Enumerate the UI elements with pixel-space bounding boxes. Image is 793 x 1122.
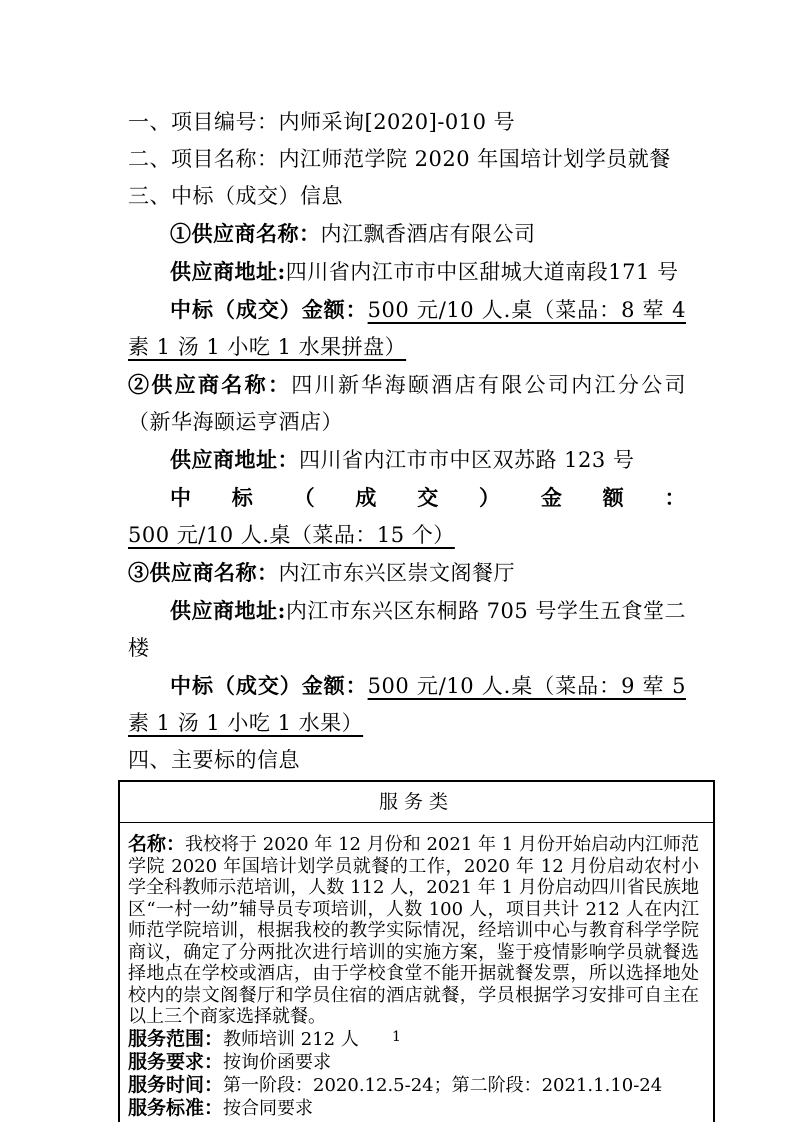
supplier1-name-value: 内江飘香酒店有限公司	[321, 222, 536, 246]
page-number: 1	[0, 1029, 793, 1045]
supplier3-amount-label: 中标（成交）金额：	[170, 673, 368, 698]
supplier2-address-value: 四川省内江市市中区双苏路 123 号	[299, 448, 634, 472]
supplier2-name-label: ②供应商名称：	[128, 372, 291, 397]
supplier3-name-label: ③供应商名称：	[128, 560, 279, 585]
supplier2-name-line: ②供应商名称：四川新华海颐酒店有限公司内江分公司（新华海颐运亨酒店）	[128, 366, 686, 441]
service-time-value: 第一阶段：2020.12.5-24；第二阶段：2021.1.10-24	[223, 1075, 662, 1096]
project-name-value: 内江师范学院 2020 年国培计划学员就餐	[279, 147, 671, 171]
supplier1-address-label: 供应商地址:	[170, 259, 286, 284]
project-name-label: 二、项目名称：	[128, 147, 279, 171]
supplier1-address-value: 四川省内江市市中区甜城大道南段171 号	[286, 260, 679, 284]
award-section-heading: 三、中标（成交）信息	[128, 178, 686, 215]
service-standard-value: 按合同要求	[223, 1098, 313, 1119]
subject-table: 服务类 名称：我校将于 2020 年 12 月份和 2021 年 1 月份开始启…	[118, 780, 715, 1122]
document-body: 一、项目编号：内师采询[2020]-010 号 二、项目名称：内江师范学院 20…	[128, 104, 686, 1122]
service-requirement-label: 服务要求：	[128, 1051, 223, 1073]
supplier1-name-line: ①供应商名称：内江飘香酒店有限公司	[128, 215, 686, 253]
service-requirement-value: 按询价函要求	[223, 1052, 331, 1073]
subject-section-heading: 四、主要标的信息	[128, 742, 686, 779]
service-time-label: 服务时间：	[128, 1074, 223, 1096]
project-name-line: 二、项目名称：内江师范学院 2020 年国培计划学员就餐	[128, 141, 686, 178]
project-number-value: 内师采询[2020]-010 号	[279, 110, 516, 134]
subject-name-paragraph: 名称：我校将于 2020 年 12 月份和 2021 年 1 月份开始启动内江师…	[128, 834, 699, 1028]
supplier3-name-value: 内江市东兴区崇文阁餐厅	[279, 561, 516, 585]
service-standard-row: 服务标准：按合同要求	[128, 1097, 699, 1120]
subject-name-label: 名称：	[128, 833, 185, 855]
supplier1-amount-line: 中标（成交）金额：500 元/10 人.桌（菜品：8 荤 4 素 1 汤 1 小…	[128, 291, 686, 366]
supplier1-amount-label: 中标（成交）金额：	[170, 297, 368, 322]
supplier2-amount-label: 中标（成交）金额：	[170, 485, 686, 510]
supplier2-address-label: 供应商地址：	[170, 447, 299, 472]
service-standard-label: 服务标准：	[128, 1097, 223, 1119]
supplier1-address-line: 供应商地址:四川省内江市市中区甜城大道南段171 号	[128, 253, 686, 291]
project-number-label: 一、项目编号：	[128, 110, 279, 134]
supplier2-address-line: 供应商地址：四川省内江市市中区双苏路 123 号	[128, 441, 686, 479]
supplier1-name-label: ①供应商名称：	[170, 221, 321, 246]
subject-table-body: 名称：我校将于 2020 年 12 月份和 2021 年 1 月份开始启动内江师…	[120, 823, 713, 1122]
subject-name-text: 我校将于 2020 年 12 月份和 2021 年 1 月份开始启动内江师范学院…	[128, 834, 699, 1027]
project-number-line: 一、项目编号：内师采询[2020]-010 号	[128, 104, 686, 141]
supplier2-amount-value: 500 元/10 人.桌（菜品：15 个）	[128, 523, 455, 547]
supplier3-address-line: 供应商地址:内江市东兴区东桐路 705 号学生五食堂二楼	[128, 592, 686, 667]
supplier2-amount-line: 中标（成交）金额：500 元/10 人.桌（菜品：15 个）	[128, 479, 686, 554]
supplier3-amount-line: 中标（成交）金额：500 元/10 人.桌（菜品：9 荤 5 素 1 汤 1 小…	[128, 667, 686, 742]
subject-table-category-header: 服务类	[120, 782, 713, 823]
supplier3-name-line: ③供应商名称：内江市东兴区崇文阁餐厅	[128, 554, 686, 592]
service-requirement-row: 服务要求：按询价函要求	[128, 1051, 699, 1074]
supplier3-address-label: 供应商地址:	[170, 598, 286, 623]
service-time-row: 服务时间：第一阶段：2020.12.5-24；第二阶段：2021.1.10-24	[128, 1074, 699, 1097]
